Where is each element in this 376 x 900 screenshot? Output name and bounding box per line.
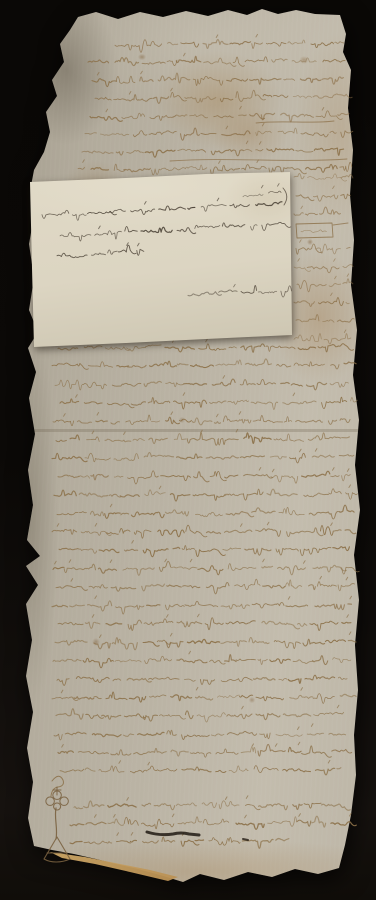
archival-slip [26, 168, 296, 350]
photo-background: Aviano (B…) 1481, 6 sett. Aviano — Vendi… [0, 0, 376, 900]
parchment-sheet [0, 0, 376, 900]
archival-slip-paper [26, 168, 296, 350]
parchment-surface [0, 0, 376, 900]
